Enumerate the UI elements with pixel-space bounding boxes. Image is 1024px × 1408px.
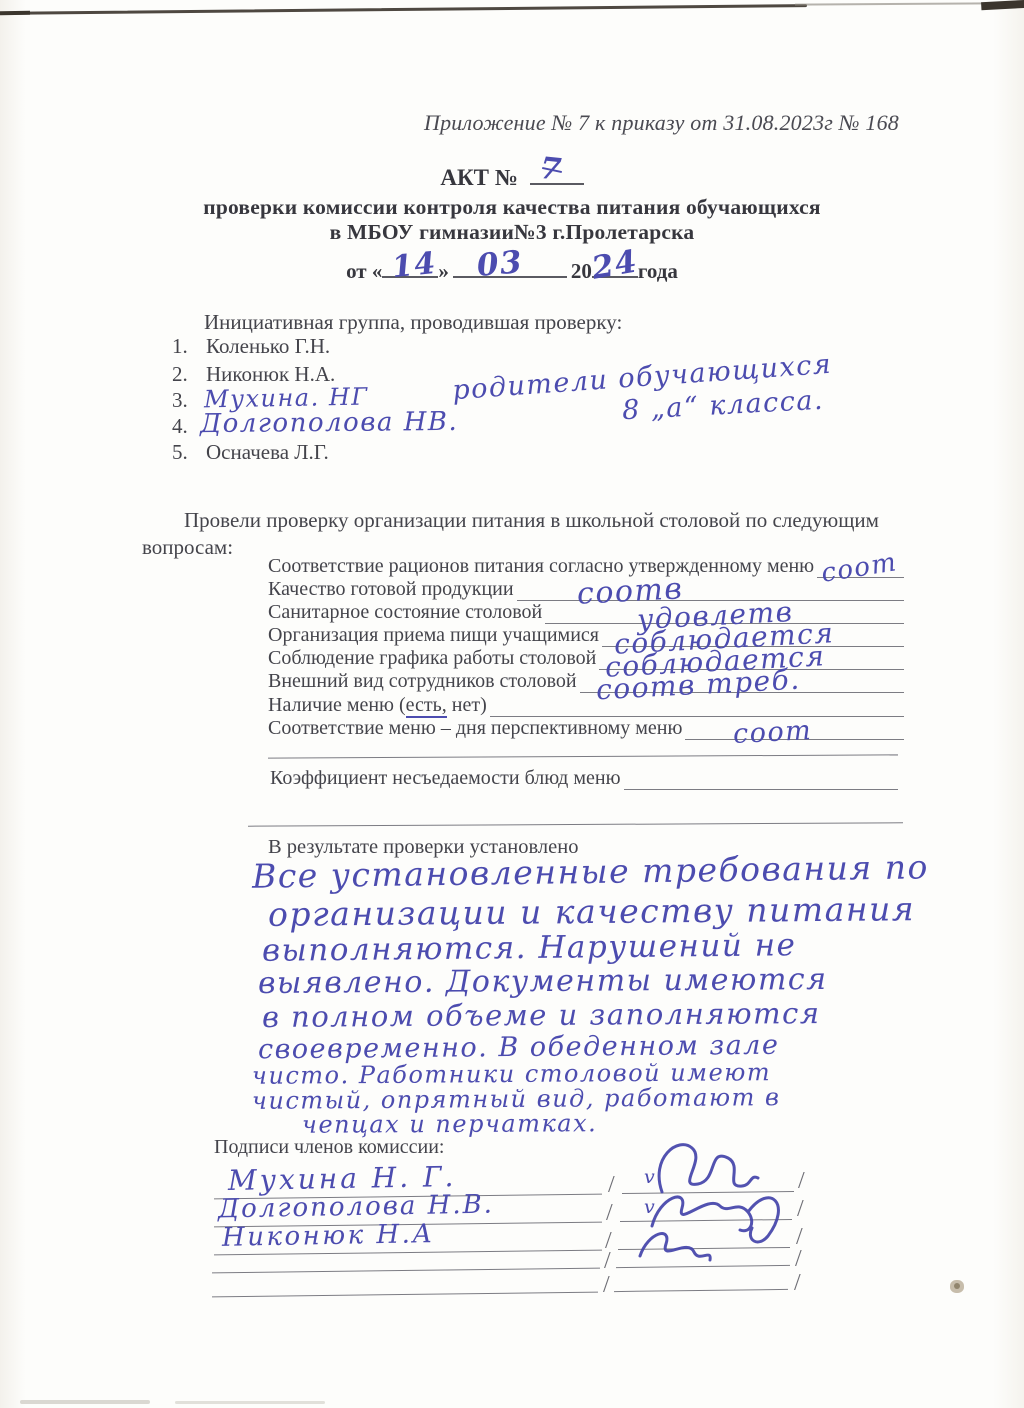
signature-scribble-2 <box>652 1197 778 1242</box>
date-month-slot: 03 <box>453 258 567 278</box>
menu-label-post: нет) <box>447 694 487 716</box>
scan-artifact-left-cap <box>0 11 30 16</box>
signature-scribble-1 <box>659 1145 758 1192</box>
checklist-label-3: Санитарное состояние столовой <box>268 601 545 624</box>
checklist-line-1: соот <box>817 553 904 578</box>
date-year-slot: 24 <box>592 258 638 278</box>
checklist-line-6: соотв треб. <box>580 668 904 693</box>
bottom-edge-smudge-1 <box>20 1400 150 1404</box>
checklist-line-2: соотв <box>517 576 904 601</box>
date-day-slot: 14 <box>382 258 438 278</box>
checklist-line-3: удовлетв <box>545 599 904 624</box>
checklist-label-7: Наличие меню (есть, нет) <box>268 694 490 717</box>
signatures-heading: Подписи членов комиссии: <box>214 1136 445 1159</box>
date-suffix: года <box>638 259 678 283</box>
menu-presence-underlined: есть, <box>406 694 447 718</box>
date-day-handwritten: 14 <box>391 249 439 284</box>
signature-slash-5b: / <box>794 1270 801 1297</box>
result-handwriting-line-9: чепцах и перчатках. <box>302 1109 597 1139</box>
member-number-5: 5. <box>172 440 188 465</box>
member-name-1: Коленько Г.Н. <box>206 334 330 359</box>
appendix-note: Приложение № 7 к приказу от 31.08.2023г … <box>424 110 899 136</box>
result-handwriting-line-1: Все установленные требования по <box>252 847 929 895</box>
checklist-label-1: Соответствие рационов питания согласно у… <box>268 555 817 578</box>
checklist-line-7 <box>490 692 904 717</box>
divider-line-upper <box>268 754 898 758</box>
date-prefix: от « <box>346 259 382 283</box>
handwritten-value-8: соот <box>733 717 814 748</box>
member-number-1: 1. <box>172 334 188 359</box>
intro-line-2: вопросам: <box>142 535 233 560</box>
checklist-label-8: Соответствие меню – дня перспективному м… <box>268 717 685 740</box>
scanned-document-page: Приложение № 7 к приказу от 31.08.2023г … <box>0 0 1024 1408</box>
result-handwriting-line-2: организации и качеству питания <box>268 889 915 934</box>
act-label: АКТ № <box>440 165 518 190</box>
checklist-label-6: Внешний вид сотрудников столовой <box>268 670 580 693</box>
checklist-row-2: Качество готовой продукции соотв <box>268 577 904 601</box>
member-number-4: 4. <box>172 414 188 439</box>
result-handwriting-line-4: выявлено. Документы имеются <box>258 962 828 1001</box>
checklist-row-1: Соответствие рационов питания согласно у… <box>268 554 904 578</box>
checklist-row-5: Соблюдение графика работы столовой соблю… <box>268 646 904 670</box>
date-close-quote: » <box>438 259 449 283</box>
checklist-row-7: Наличие меню (есть, нет) <box>268 693 904 717</box>
divider-line-lower <box>248 822 903 826</box>
commission-heading: Инициативная группа, проводившая проверк… <box>204 310 622 335</box>
signature-slash-5a: / <box>603 1272 610 1299</box>
intro-line-1: Провели проверку организации питания в ш… <box>184 508 879 533</box>
member-name-5: Осначева Л.Г. <box>206 440 329 465</box>
checklist-row-6: Внешний вид сотрудников столовой соотв т… <box>268 669 904 693</box>
coefficient-row: Коэффициент несъедаемости блюд меню <box>270 766 898 790</box>
checklist-label-5: Соблюдение графика работы столовой <box>268 647 599 670</box>
signature-name-3: Никонюк Н.А <box>222 1219 435 1253</box>
act-subtitle-1: проверки комиссии контроля качества пита… <box>0 195 1024 220</box>
scan-artifact-top-line-faint <box>795 2 990 5</box>
signature-scribbles <box>600 1130 830 1270</box>
bottom-edge-smudge-2 <box>175 1401 325 1404</box>
date-year-handwritten: 24 <box>590 246 641 285</box>
checklist-label-4: Организация приема пищи учащимися <box>268 624 602 647</box>
checklist-line-8: соот <box>685 715 904 740</box>
act-subtitle-2: в МБОУ гимназии№3 г.Пролетарска <box>0 220 1024 245</box>
signature-line-right-5 <box>614 1289 788 1292</box>
coefficient-line <box>624 765 898 790</box>
date-century: 20 <box>571 259 592 283</box>
result-handwriting-line-5: в полном объеме и заполняются <box>262 996 821 1034</box>
paper-speck-core <box>954 1283 960 1289</box>
scan-artifact-corner-smudge <box>981 0 1024 10</box>
act-number-slot: 7 <box>530 165 584 185</box>
date-month-handwritten: 03 <box>476 247 525 282</box>
menu-label-pre: Наличие меню ( <box>268 694 406 716</box>
scan-artifact-top-line <box>0 4 807 15</box>
member-number-2: 2. <box>172 362 188 387</box>
signature-line-left-5 <box>212 1292 598 1298</box>
checklist-label-2: Качество готовой продукции <box>268 578 517 601</box>
signature-line-left-4 <box>212 1268 600 1274</box>
member-name-4-handwritten: Долгополова НВ. <box>200 407 458 439</box>
checklist-row-8: Соответствие меню – дня перспективному м… <box>268 716 904 740</box>
signature-name-2: Долгополова Н.В. <box>218 1190 494 1225</box>
act-title-line: АКТ № 7 <box>0 165 1024 191</box>
signature-scribble-3 <box>640 1234 710 1260</box>
coefficient-label: Коэффициент несъедаемости блюд меню <box>270 767 624 790</box>
date-line: от « 14 » 03 20 24 года <box>0 258 1024 284</box>
member-number-3: 3. <box>172 388 188 413</box>
